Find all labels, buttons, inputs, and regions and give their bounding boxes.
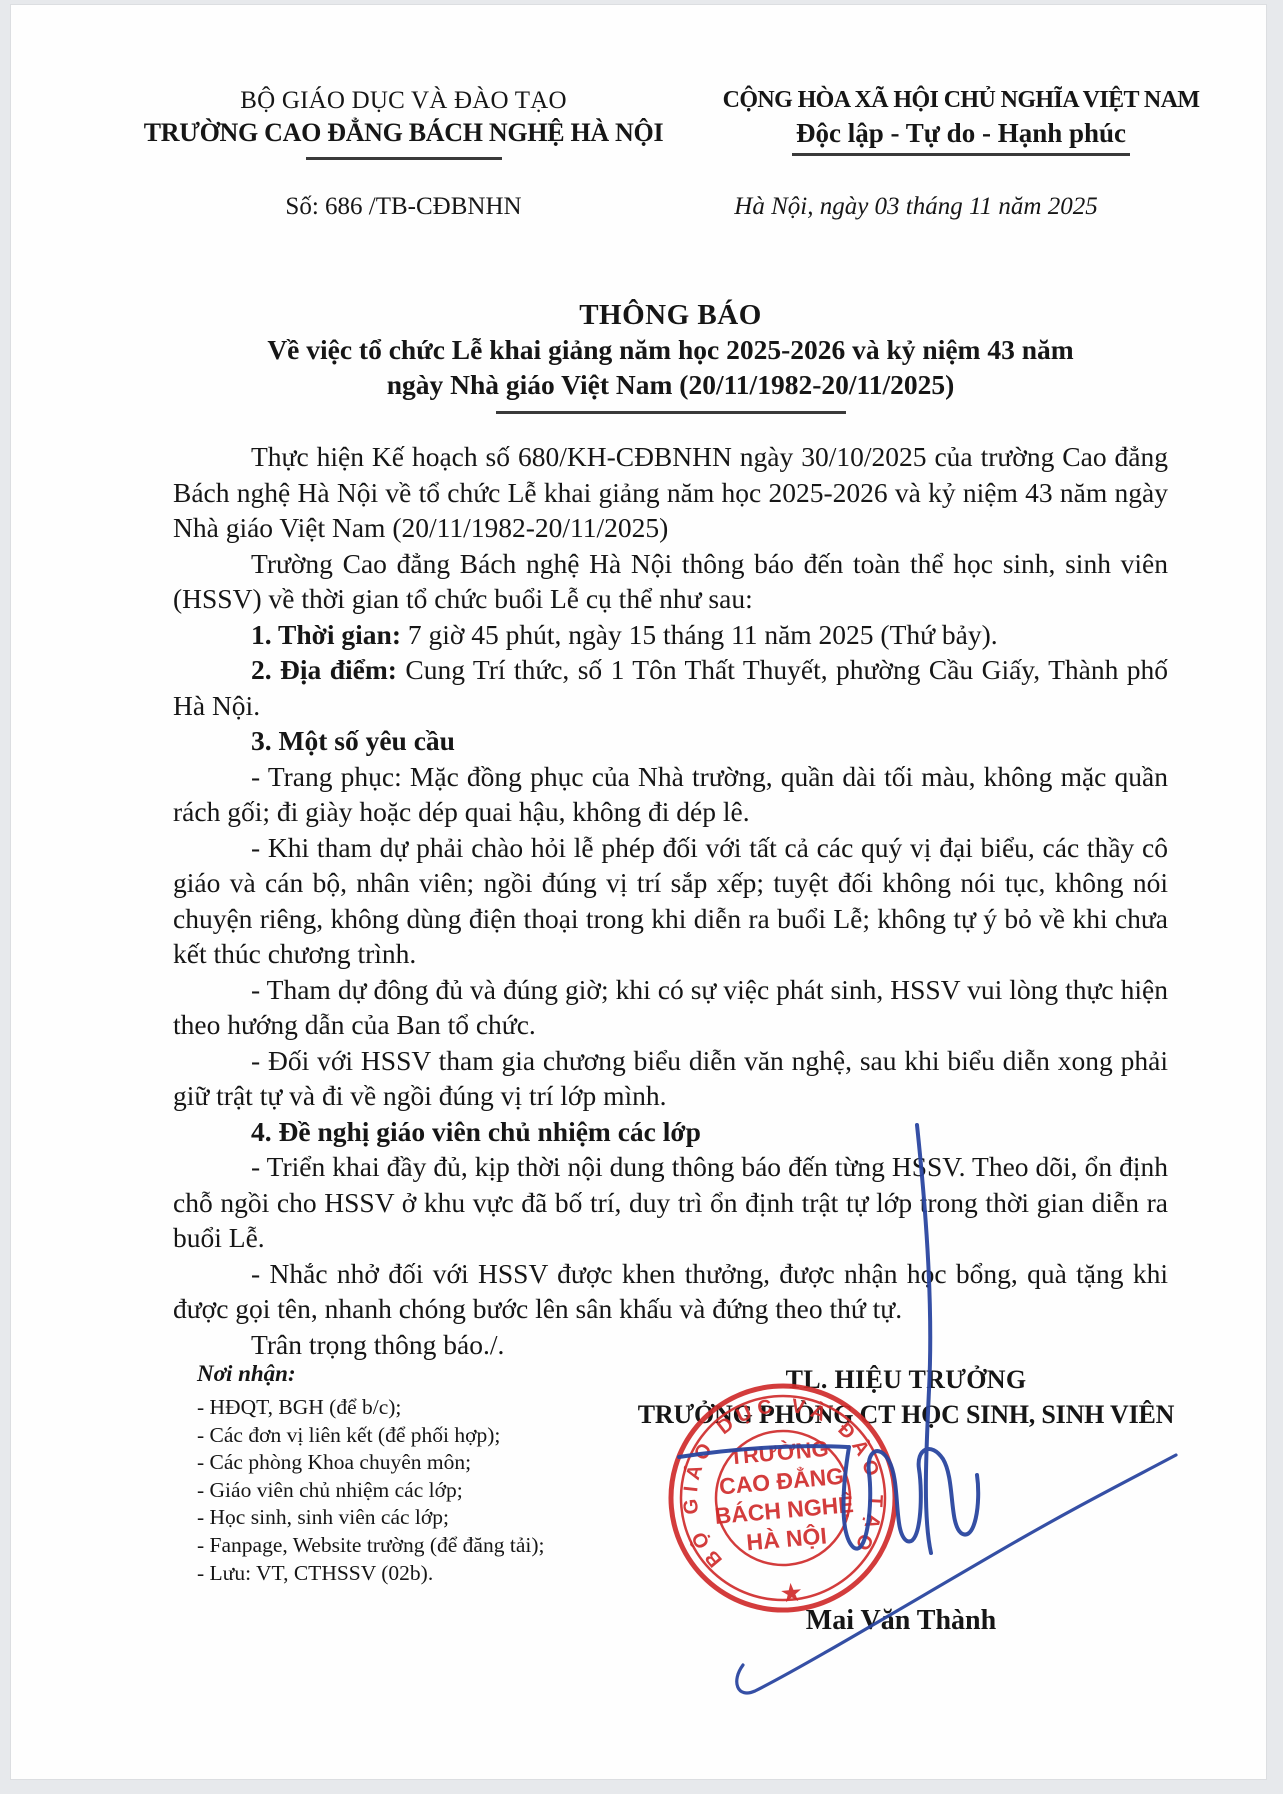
title-block: THÔNG BÁO Về việc tổ chức Lễ khai giảng … bbox=[173, 299, 1168, 414]
item-time-text: 7 giờ 45 phút, ngày 15 tháng 11 năm 2025… bbox=[408, 619, 998, 650]
section3-bullet: - Trang phục: Mặc đồng phục của Nhà trườ… bbox=[173, 759, 1168, 830]
item-place-label: 2. Địa điểm: bbox=[251, 654, 397, 685]
section4-bullet: - Triển khai đầy đủ, kịp thời nội dung t… bbox=[173, 1149, 1168, 1256]
item-place: 2. Địa điểm: Cung Trí thức, số 1 Tôn Thấ… bbox=[173, 652, 1168, 723]
recipient-item: - Fanpage, Website trường (để đăng tải); bbox=[197, 1532, 617, 1560]
recipient-item: - Lưu: VT, CTHSSV (02b). bbox=[197, 1560, 617, 1588]
recipient-item: - Các phòng Khoa chuyên môn; bbox=[197, 1449, 617, 1477]
stamp-center-line4: HÀ NỘI bbox=[745, 1521, 828, 1555]
section3-bullet: - Tham dự đông đủ và đúng giờ; khi có sự… bbox=[173, 972, 1168, 1043]
title-underline bbox=[496, 411, 846, 414]
issuer-underline bbox=[306, 157, 502, 160]
section3-heading: 3. Một số yêu cầu bbox=[173, 723, 1168, 759]
recipient-item: - Giáo viên chủ nhiệm các lớp; bbox=[197, 1477, 617, 1505]
stamp-star-icon: ★ bbox=[778, 1577, 804, 1609]
recipient-item: - HĐQT, BGH (để b/c); bbox=[197, 1394, 617, 1422]
document-subtitle-line1: Về việc tổ chức Lễ khai giảng năm học 20… bbox=[173, 332, 1168, 367]
section3-bullet: - Khi tham dự phải chào hỏi lễ phép đối … bbox=[173, 830, 1168, 972]
document-subtitle-line2: ngày Nhà giáo Việt Nam (20/11/1982-20/11… bbox=[173, 367, 1168, 402]
stamp-graphic: BỘ GIÁO DỤC VÀ ĐÀO TẠO TRƯỜNG CAO ĐẲNG B… bbox=[653, 1368, 913, 1628]
item-time-label: 1. Thời gian: bbox=[251, 619, 401, 650]
item-time: 1. Thời gian: 7 giờ 45 phút, ngày 15 thá… bbox=[173, 617, 1168, 653]
header-national-block: CỘNG HÒA XÃ HỘI CHỦ NGHĨA VIỆT NAM Độc l… bbox=[686, 87, 1236, 156]
section4-heading: 4. Đề nghị giáo viên chủ nhiệm các lớp bbox=[173, 1114, 1168, 1150]
place-date-line: Hà Nội, ngày 03 tháng 11 năm 2025 bbox=[641, 193, 1191, 221]
document-page: BỘ GIÁO DỤC VÀ ĐÀO TẠO TRƯỜNG CAO ĐẲNG B… bbox=[10, 4, 1267, 1780]
paragraph-basis: Thực hiện Kế hoạch số 680/KH-CĐBNHN ngày… bbox=[173, 439, 1168, 546]
school-name: TRƯỜNG CAO ĐẲNG BÁCH NGHỆ HÀ NỘI bbox=[121, 118, 686, 148]
section4-bullet: - Nhắc nhở đối với HSSV được khen thưởng… bbox=[173, 1256, 1168, 1327]
recipients-block: Nơi nhận: - HĐQT, BGH (để b/c); - Các đơ… bbox=[197, 1361, 617, 1587]
closing-line: Trân trọng thông báo./. bbox=[173, 1327, 1168, 1363]
document-body: Thực hiện Kế hoạch số 680/KH-CĐBNHN ngày… bbox=[173, 439, 1168, 1362]
recipient-item: - Các đơn vị liên kết (để phối hợp); bbox=[197, 1422, 617, 1450]
national-motto-line1: CỘNG HÒA XÃ HỘI CHỦ NGHĨA VIỆT NAM bbox=[686, 87, 1236, 114]
section3-bullet: - Đối với HSSV tham gia chương biểu diễn… bbox=[173, 1043, 1168, 1114]
ministry-name: BỘ GIÁO DỤC VÀ ĐÀO TẠO bbox=[121, 87, 686, 115]
recipient-item: - Học sinh, sinh viên các lớp; bbox=[197, 1504, 617, 1532]
header-issuer-block: BỘ GIÁO DỤC VÀ ĐÀO TẠO TRƯỜNG CAO ĐẲNG B… bbox=[121, 87, 686, 160]
screenshot-root: { "header": { "left": { "ministry": "BỘ … bbox=[0, 0, 1283, 1794]
recipients-heading: Nơi nhận: bbox=[197, 1361, 617, 1387]
document-title: THÔNG BÁO bbox=[173, 299, 1168, 332]
document-number: Số: 686 /TB-CĐBNHN bbox=[121, 193, 686, 221]
paragraph-announcement: Trường Cao đẳng Bách nghệ Hà Nội thông b… bbox=[173, 546, 1168, 617]
signer-name: Mai Văn Thành bbox=[561, 1605, 1241, 1637]
official-stamp: BỘ GIÁO DỤC VÀ ĐÀO TẠO TRƯỜNG CAO ĐẲNG B… bbox=[653, 1368, 913, 1628]
national-motto-line2: Độc lập - Tự do - Hạnh phúc bbox=[792, 118, 1130, 156]
